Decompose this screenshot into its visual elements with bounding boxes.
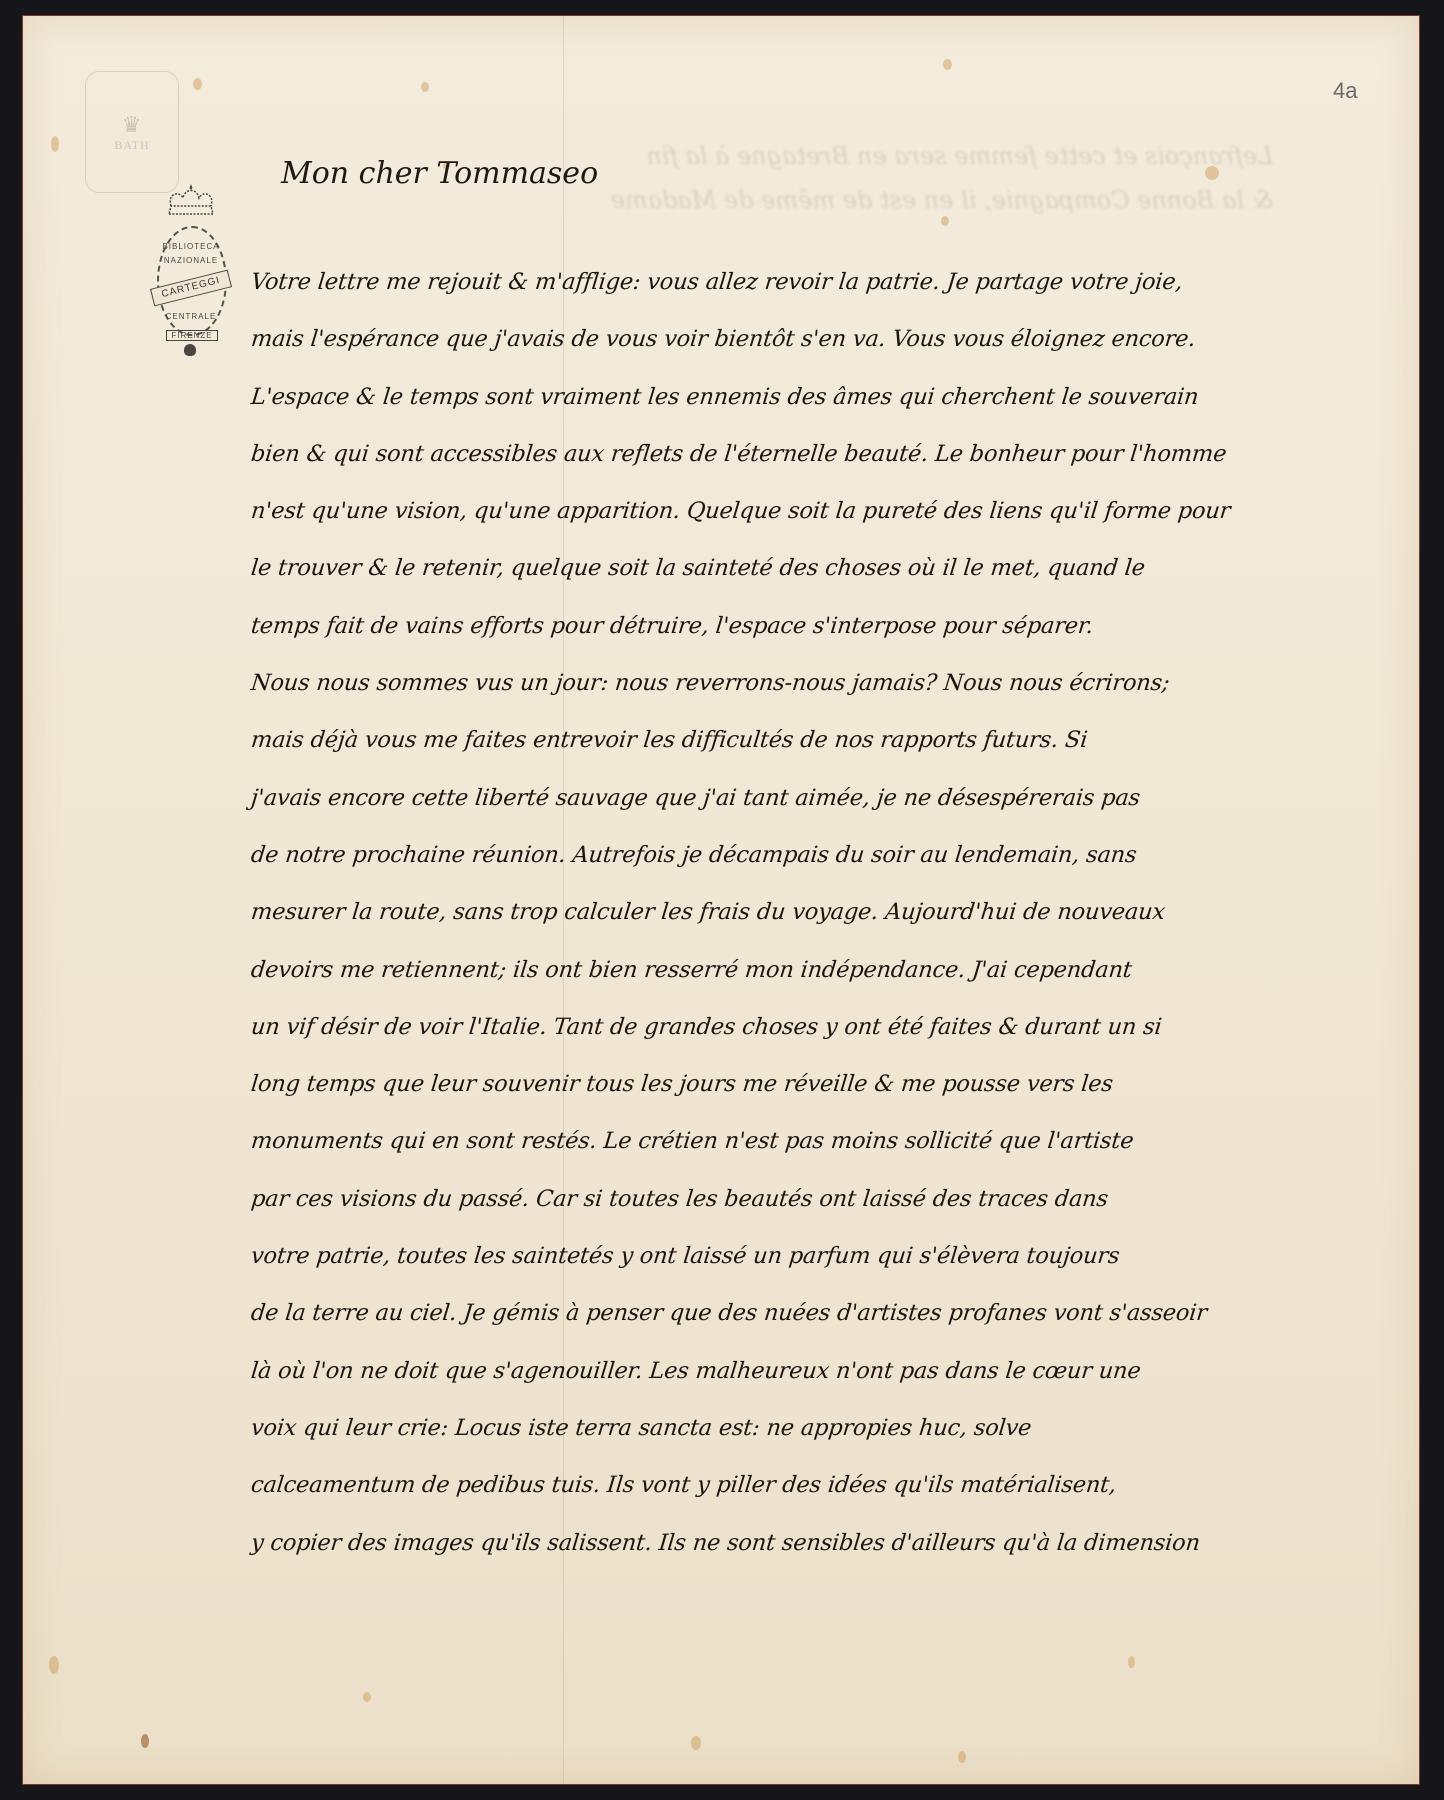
letter-page: ♛ BATH BIBLIOTECA NAZIONALE CARTEGGI CEN… [22,15,1420,1785]
embossed-stamp: ♛ BATH [85,71,179,193]
text-line: monuments qui en sont restés. Le crétien… [248,1113,1404,1170]
text-line: temps fait de vains efforts pour détruir… [248,598,1404,655]
stamp-city: FIRENZE [166,330,218,341]
foxing-spot [193,78,202,90]
stamp-pendant-icon [184,344,196,356]
text-line: Nous nous sommes vus un jour: nous rever… [248,655,1404,712]
text-line: le trouver & le retenir, quelque soit la… [248,540,1404,597]
text-line: de la terre au ciel. Je gémis à penser q… [248,1285,1404,1342]
text-line: là où l'on ne doit que s'agenouiller. Le… [248,1343,1404,1400]
emboss-crown-icon: ♛ [122,112,143,138]
text-line: L'espace & le temps sont vraiment les en… [248,369,1404,426]
text-line: n'est qu'une vision, qu'une apparition. … [248,483,1404,540]
text-line: un vif désir de voir l'Italie. Tant de g… [248,999,1404,1056]
foxing-spot [49,1656,59,1674]
foxing-spot [421,82,429,92]
crown-icon [165,184,217,218]
text-line: mais déjà vous me faites entrevoir les d… [248,712,1404,769]
foxing-spot [691,1736,701,1750]
text-line: voix qui leur crie: Locus iste terra san… [248,1400,1404,1457]
foxing-spot [363,1692,371,1702]
folio-number: 4a [1333,78,1357,104]
text-line: par ces visions du passé. Car si toutes … [248,1171,1404,1228]
text-line: long temps que leur souvenir tous les jo… [248,1056,1404,1113]
stamp-top-text: BIBLIOTECA [151,242,231,251]
foxing-spot [51,136,59,152]
foxing-spot [958,1751,966,1763]
foxing-spot [141,1734,149,1748]
foxing-spot [943,59,952,70]
text-line: mesurer la route, sans trop calculer les… [248,884,1404,941]
text-line: de notre prochaine réunion. Autrefois je… [248,827,1404,884]
salutation: Mon cher Tommaseo [281,156,598,191]
letter-body: Votre lettre me rejouit & m'afflige: vou… [251,254,1401,1572]
text-line: y copier des images qu'ils salissent. Il… [248,1515,1404,1572]
text-line: mais l'espérance que j'avais de vous voi… [248,311,1404,368]
text-line: devoirs me retiennent; ils ont bien ress… [248,942,1404,999]
text-line: votre patrie, toutes les saintetés y ont… [248,1228,1404,1285]
text-line: calceamentum de pedibus tuis. Ils vont y… [248,1457,1404,1514]
text-line: Votre lettre me rejouit & m'afflige: vou… [248,254,1404,311]
stamp-arc-text: NAZIONALE [151,256,231,265]
foxing-spot [1128,1656,1135,1668]
stamp-bottom-text: CENTRALE [151,312,231,321]
text-line: j'avais encore cette liberté sauvage que… [248,770,1404,827]
emboss-text: BATH [114,138,149,153]
library-stamp: BIBLIOTECA NAZIONALE CARTEGGI CENTRALE F… [151,184,231,359]
text-line: bien & qui sont accessibles aux reflets … [248,426,1404,483]
